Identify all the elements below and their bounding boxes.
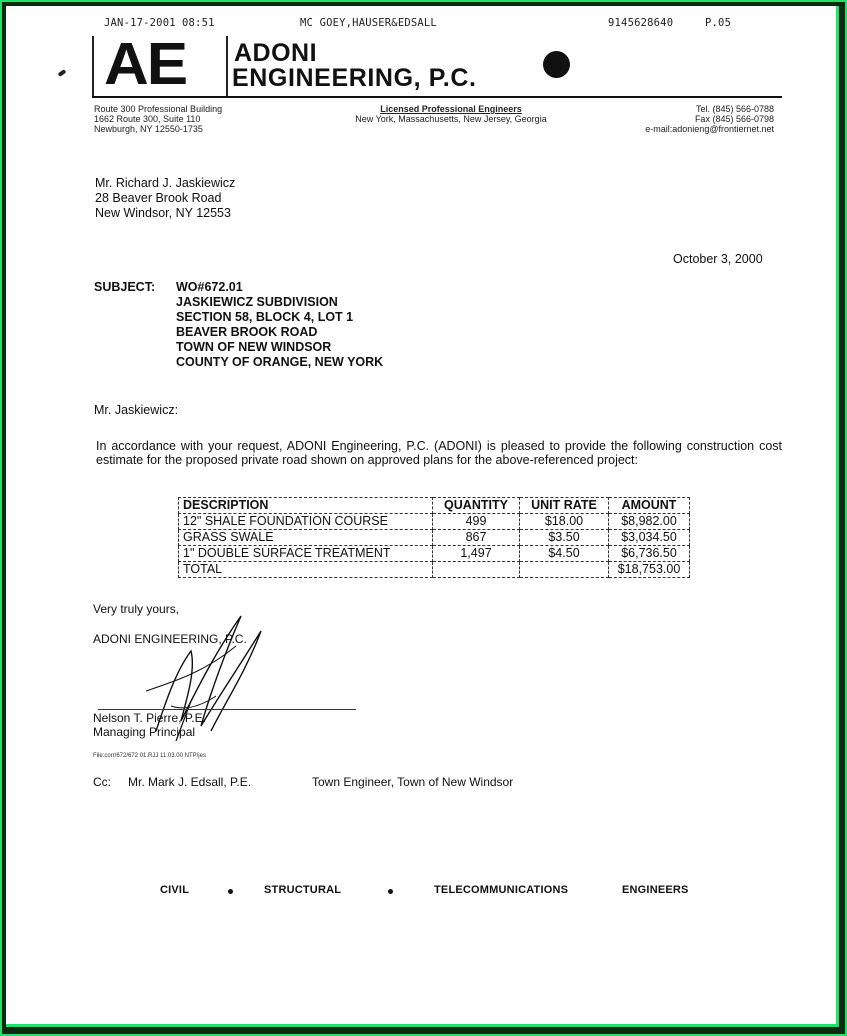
bullet-icon	[388, 889, 393, 894]
subject-line: WO#672.01	[176, 280, 383, 295]
subject-line: TOWN OF NEW WINDSOR	[176, 340, 383, 355]
subject-line: SECTION 58, BLOCK 4, LOT 1	[176, 310, 383, 325]
telephone: Tel. (845) 566-0788	[606, 104, 774, 114]
table-header-row: DESCRIPTION QUANTITY UNIT RATE AMOUNT	[179, 498, 690, 514]
table-row: 1" DOUBLE SURFACE TREATMENT 1,497 $4.50 …	[179, 546, 690, 562]
ink-smudge	[58, 69, 67, 77]
email: e-mail:adonieng@frontiernet.net	[606, 124, 774, 134]
cell-amount: $3,034.50	[609, 530, 690, 546]
cell-unit-rate: $4.50	[520, 546, 609, 562]
cell-unit-rate: $3.50	[520, 530, 609, 546]
company-name-line2: ENGINEERING, P.C.	[232, 65, 477, 91]
signer-name: Nelson T. Pierre, P.E.	[93, 711, 206, 726]
cell-unit-rate: $18.00	[520, 514, 609, 530]
cell-description: 1" DOUBLE SURFACE TREATMENT	[179, 546, 433, 562]
fax-sender: MC GOEY,HAUSER&EDSALL	[300, 17, 437, 29]
footer-service-telecom: TELECOMMUNICATIONS	[434, 884, 568, 896]
cell-total-label: TOTAL	[179, 562, 433, 578]
footer-service-engineers: ENGINEERS	[622, 884, 689, 896]
recipient-line: New Windsor, NY 12553	[95, 206, 235, 221]
subject-line: BEAVER BROOK ROAD	[176, 325, 383, 340]
cell-total-amount: $18,753.00	[609, 562, 690, 578]
body-paragraph: In accordance with your request, ADONI E…	[96, 439, 782, 467]
license-title: Licensed Professional Engineers	[336, 104, 566, 114]
footer-service-structural: STRUCTURAL	[264, 884, 341, 896]
contact-block: Tel. (845) 566-0788 Fax (845) 566-0798 e…	[606, 104, 774, 134]
cell-description: 12" SHALE FOUNDATION COURSE	[179, 514, 433, 530]
cell-amount: $8,982.00	[609, 514, 690, 530]
logo-initials: AE	[104, 36, 186, 95]
cell-quantity: 867	[433, 530, 520, 546]
subject-label: SUBJECT:	[94, 280, 155, 295]
subject-line: JASKIEWICZ SUBDIVISION	[176, 295, 383, 310]
table-total-row: TOTAL $18,753.00	[179, 562, 690, 578]
table-row: GRASS SWALE 867 $3.50 $3,034.50	[179, 530, 690, 546]
address-line: Newburgh, NY 12550-1735	[94, 124, 222, 134]
salutation: Mr. Jaskiewicz:	[94, 403, 178, 418]
license-block: Licensed Professional Engineers New York…	[336, 104, 566, 124]
estimate-table: DESCRIPTION QUANTITY UNIT RATE AMOUNT 12…	[178, 497, 690, 578]
header-quantity: QUANTITY	[433, 498, 520, 514]
logo-divider	[226, 36, 228, 96]
fax-date: JAN-17-2001	[104, 17, 176, 29]
recipient-line: Mr. Richard J. Jaskiewicz	[95, 176, 235, 191]
license-states: New York, Massachusetts, New Jersey, Geo…	[336, 114, 566, 124]
header-amount: AMOUNT	[609, 498, 690, 514]
file-reference: File:corr/672/672 01.RJJ 11.03.00 NTP/je…	[93, 753, 206, 759]
cell-description: GRASS SWALE	[179, 530, 433, 546]
cc-name: Mr. Mark J. Edsall, P.E.	[128, 775, 251, 790]
cell-quantity	[433, 562, 520, 578]
signature-line	[98, 709, 356, 710]
footer-service-civil: CIVIL	[160, 884, 189, 896]
cc-title: Town Engineer, Town of New Windsor	[312, 775, 513, 790]
cell-unit-rate	[520, 562, 609, 578]
document-page: JAN-17-2001 08:51 MC GOEY,HAUSER&EDSALL …	[6, 6, 839, 1027]
recipient-address: Mr. Richard J. Jaskiewicz 28 Beaver Broo…	[95, 176, 235, 221]
company-address: Route 300 Professional Building 1662 Rou…	[94, 104, 222, 134]
fax-number: Fax (845) 566-0798	[606, 114, 774, 124]
cell-quantity: 499	[433, 514, 520, 530]
address-line: Route 300 Professional Building	[94, 104, 222, 114]
ink-dot	[543, 51, 570, 78]
address-line: 1662 Route 300, Suite 110	[94, 114, 222, 124]
signer-title: Managing Principal	[93, 725, 195, 740]
header-unit-rate: UNIT RATE	[520, 498, 609, 514]
cell-amount: $6,736.50	[609, 546, 690, 562]
table-row: 12" SHALE FOUNDATION COURSE 499 $18.00 $…	[179, 514, 690, 530]
header-description: DESCRIPTION	[179, 498, 433, 514]
fax-phone: 9145628640	[608, 17, 673, 29]
bullet-icon	[228, 889, 233, 894]
subject-line: COUNTY OF ORANGE, NEW YORK	[176, 355, 383, 370]
subject-lines: WO#672.01 JASKIEWICZ SUBDIVISION SECTION…	[176, 280, 383, 370]
company-name-line1: ADONI	[234, 40, 317, 66]
cell-quantity: 1,497	[433, 546, 520, 562]
recipient-line: 28 Beaver Brook Road	[95, 191, 235, 206]
fax-time: 08:51	[182, 17, 215, 29]
cc-label: Cc:	[93, 775, 111, 790]
fax-page: P.05	[705, 17, 731, 29]
logo-divider-left	[92, 36, 94, 96]
letter-date: October 3, 2000	[673, 252, 763, 267]
